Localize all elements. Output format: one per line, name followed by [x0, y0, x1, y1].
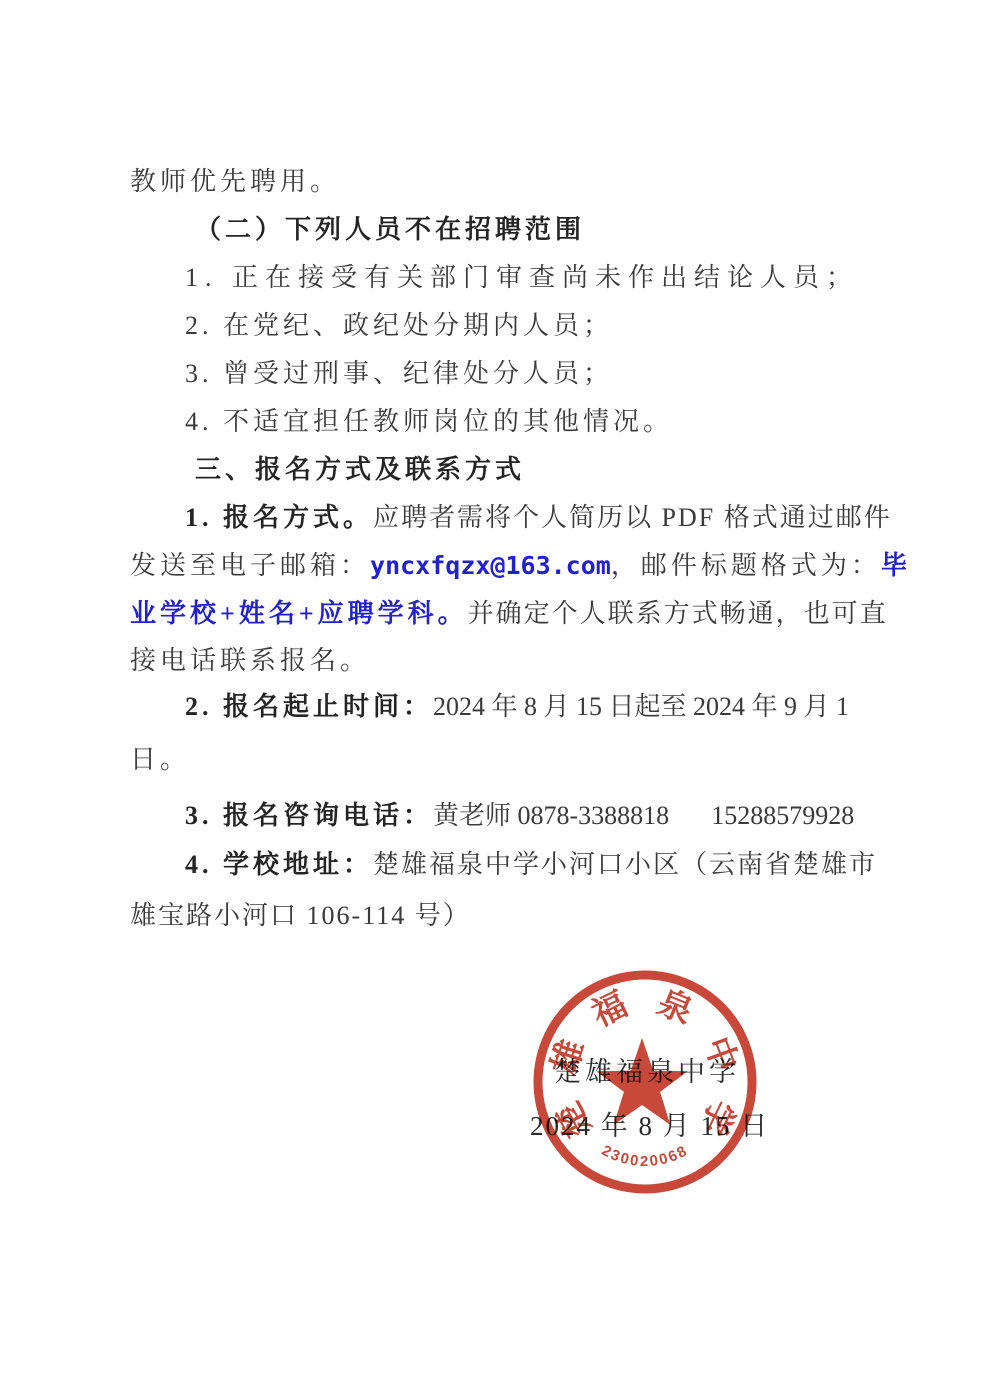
- text-run: 发送至电子邮箱：: [130, 551, 370, 580]
- email-subject-format: 业学校+姓名+应聘学科。: [130, 599, 468, 628]
- text-run: 毕: [881, 551, 911, 580]
- text-run: 1. 正在接受有关部门审查尚未作出结论人员；: [185, 263, 859, 292]
- seal-star-icon: [596, 1038, 687, 1125]
- address-text: 雄宝路小河口 106-114 号）: [130, 901, 471, 930]
- para-phone-registration: 接电话联系报名。: [130, 645, 370, 676]
- text-run: 三、报名方式及联系方式: [195, 455, 525, 484]
- para-registration-method: 1. 报名方式。应聘者需将个人简历以 PDF 格式通过邮件: [185, 502, 892, 533]
- seal-ring-char: 泉: [652, 983, 698, 1031]
- para-inquiry-phone: 3. 报名咨询电话：黄老师 0878-338881815288579928: [185, 800, 854, 831]
- para-period-end: 日。: [130, 744, 190, 775]
- item-other-unsuitable: 4. 不适宜担任教师岗位的其他情况。: [185, 406, 673, 437]
- text-run: 3. 曾受过刑事、纪律处分人员；: [185, 359, 613, 388]
- line-priority-note: 教师优先聘用。: [130, 166, 340, 197]
- text-run: 接电话联系报名。: [130, 646, 370, 675]
- text-run: 1. 报名方式。: [185, 503, 373, 532]
- phone-number-1: 黄老师 0878-3388818: [433, 801, 669, 830]
- text-run: 应聘者需将个人简历以 PDF 格式通过邮件: [373, 503, 892, 532]
- period-dates: 2024 年 8 月 15 日起至 2024 年 9 月 1: [433, 692, 849, 721]
- para-registration-period: 2. 报名起止时间：2024 年 8 月 15 日起至 2024 年 9 月 1: [185, 691, 849, 722]
- para-email-subject-line: 业学校+姓名+应聘学科。并确定个人联系方式畅通，也可直: [130, 598, 888, 629]
- text-run: 4. 不适宜担任教师岗位的其他情况。: [185, 407, 673, 436]
- text-run: 日。: [130, 745, 190, 774]
- para-school-address: 4. 学校地址：楚雄福泉中学小河口小区（云南省楚雄市: [185, 849, 877, 880]
- phone-number-2: 15288579928: [711, 801, 854, 830]
- official-seal-stamp: 楚 雄 福 泉 中 学 5323002006808: [525, 962, 765, 1202]
- address-text: 楚雄福泉中学小河口小区（云南省楚雄市: [373, 850, 877, 879]
- heading-excluded-persons: （二）下列人员不在招聘范围: [195, 214, 585, 245]
- item-under-investigation: 1. 正在接受有关部门审查尚未作出结论人员；: [185, 262, 859, 293]
- text-run: 2. 报名起止时间：: [185, 692, 433, 721]
- text-run: 4. 学校地址：: [185, 850, 373, 879]
- text-run: ，邮件标题格式为：: [611, 551, 881, 580]
- seal-ring-char: 雄: [545, 1035, 592, 1079]
- para-email-line: 发送至电子邮箱：yncxfqzx@163.com，邮件标题格式为：毕: [130, 550, 911, 581]
- text-run: 3. 报名咨询电话：: [185, 801, 433, 830]
- seal-ring-char: 中: [697, 1032, 744, 1077]
- email-address: yncxfqzx@163.com: [370, 551, 611, 580]
- document-page: 教师优先聘用。 （二）下列人员不在招聘范围 1. 正在接受有关部门审查尚未作出结…: [0, 0, 1003, 1375]
- text-run: 教师优先聘用。: [130, 167, 340, 196]
- text-run: 2. 在党纪、政纪处分期内人员；: [185, 311, 613, 340]
- para-address-cont: 雄宝路小河口 106-114 号）: [130, 900, 471, 931]
- text-run: 并确定个人联系方式畅通，也可直: [468, 599, 888, 628]
- item-criminal-punishment: 3. 曾受过刑事、纪律处分人员；: [185, 358, 613, 389]
- text-run: （二）下列人员不在招聘范围: [195, 215, 585, 244]
- heading-registration-contact: 三、报名方式及联系方式: [195, 454, 525, 485]
- item-party-discipline: 2. 在党纪、政纪处分期内人员；: [185, 310, 613, 341]
